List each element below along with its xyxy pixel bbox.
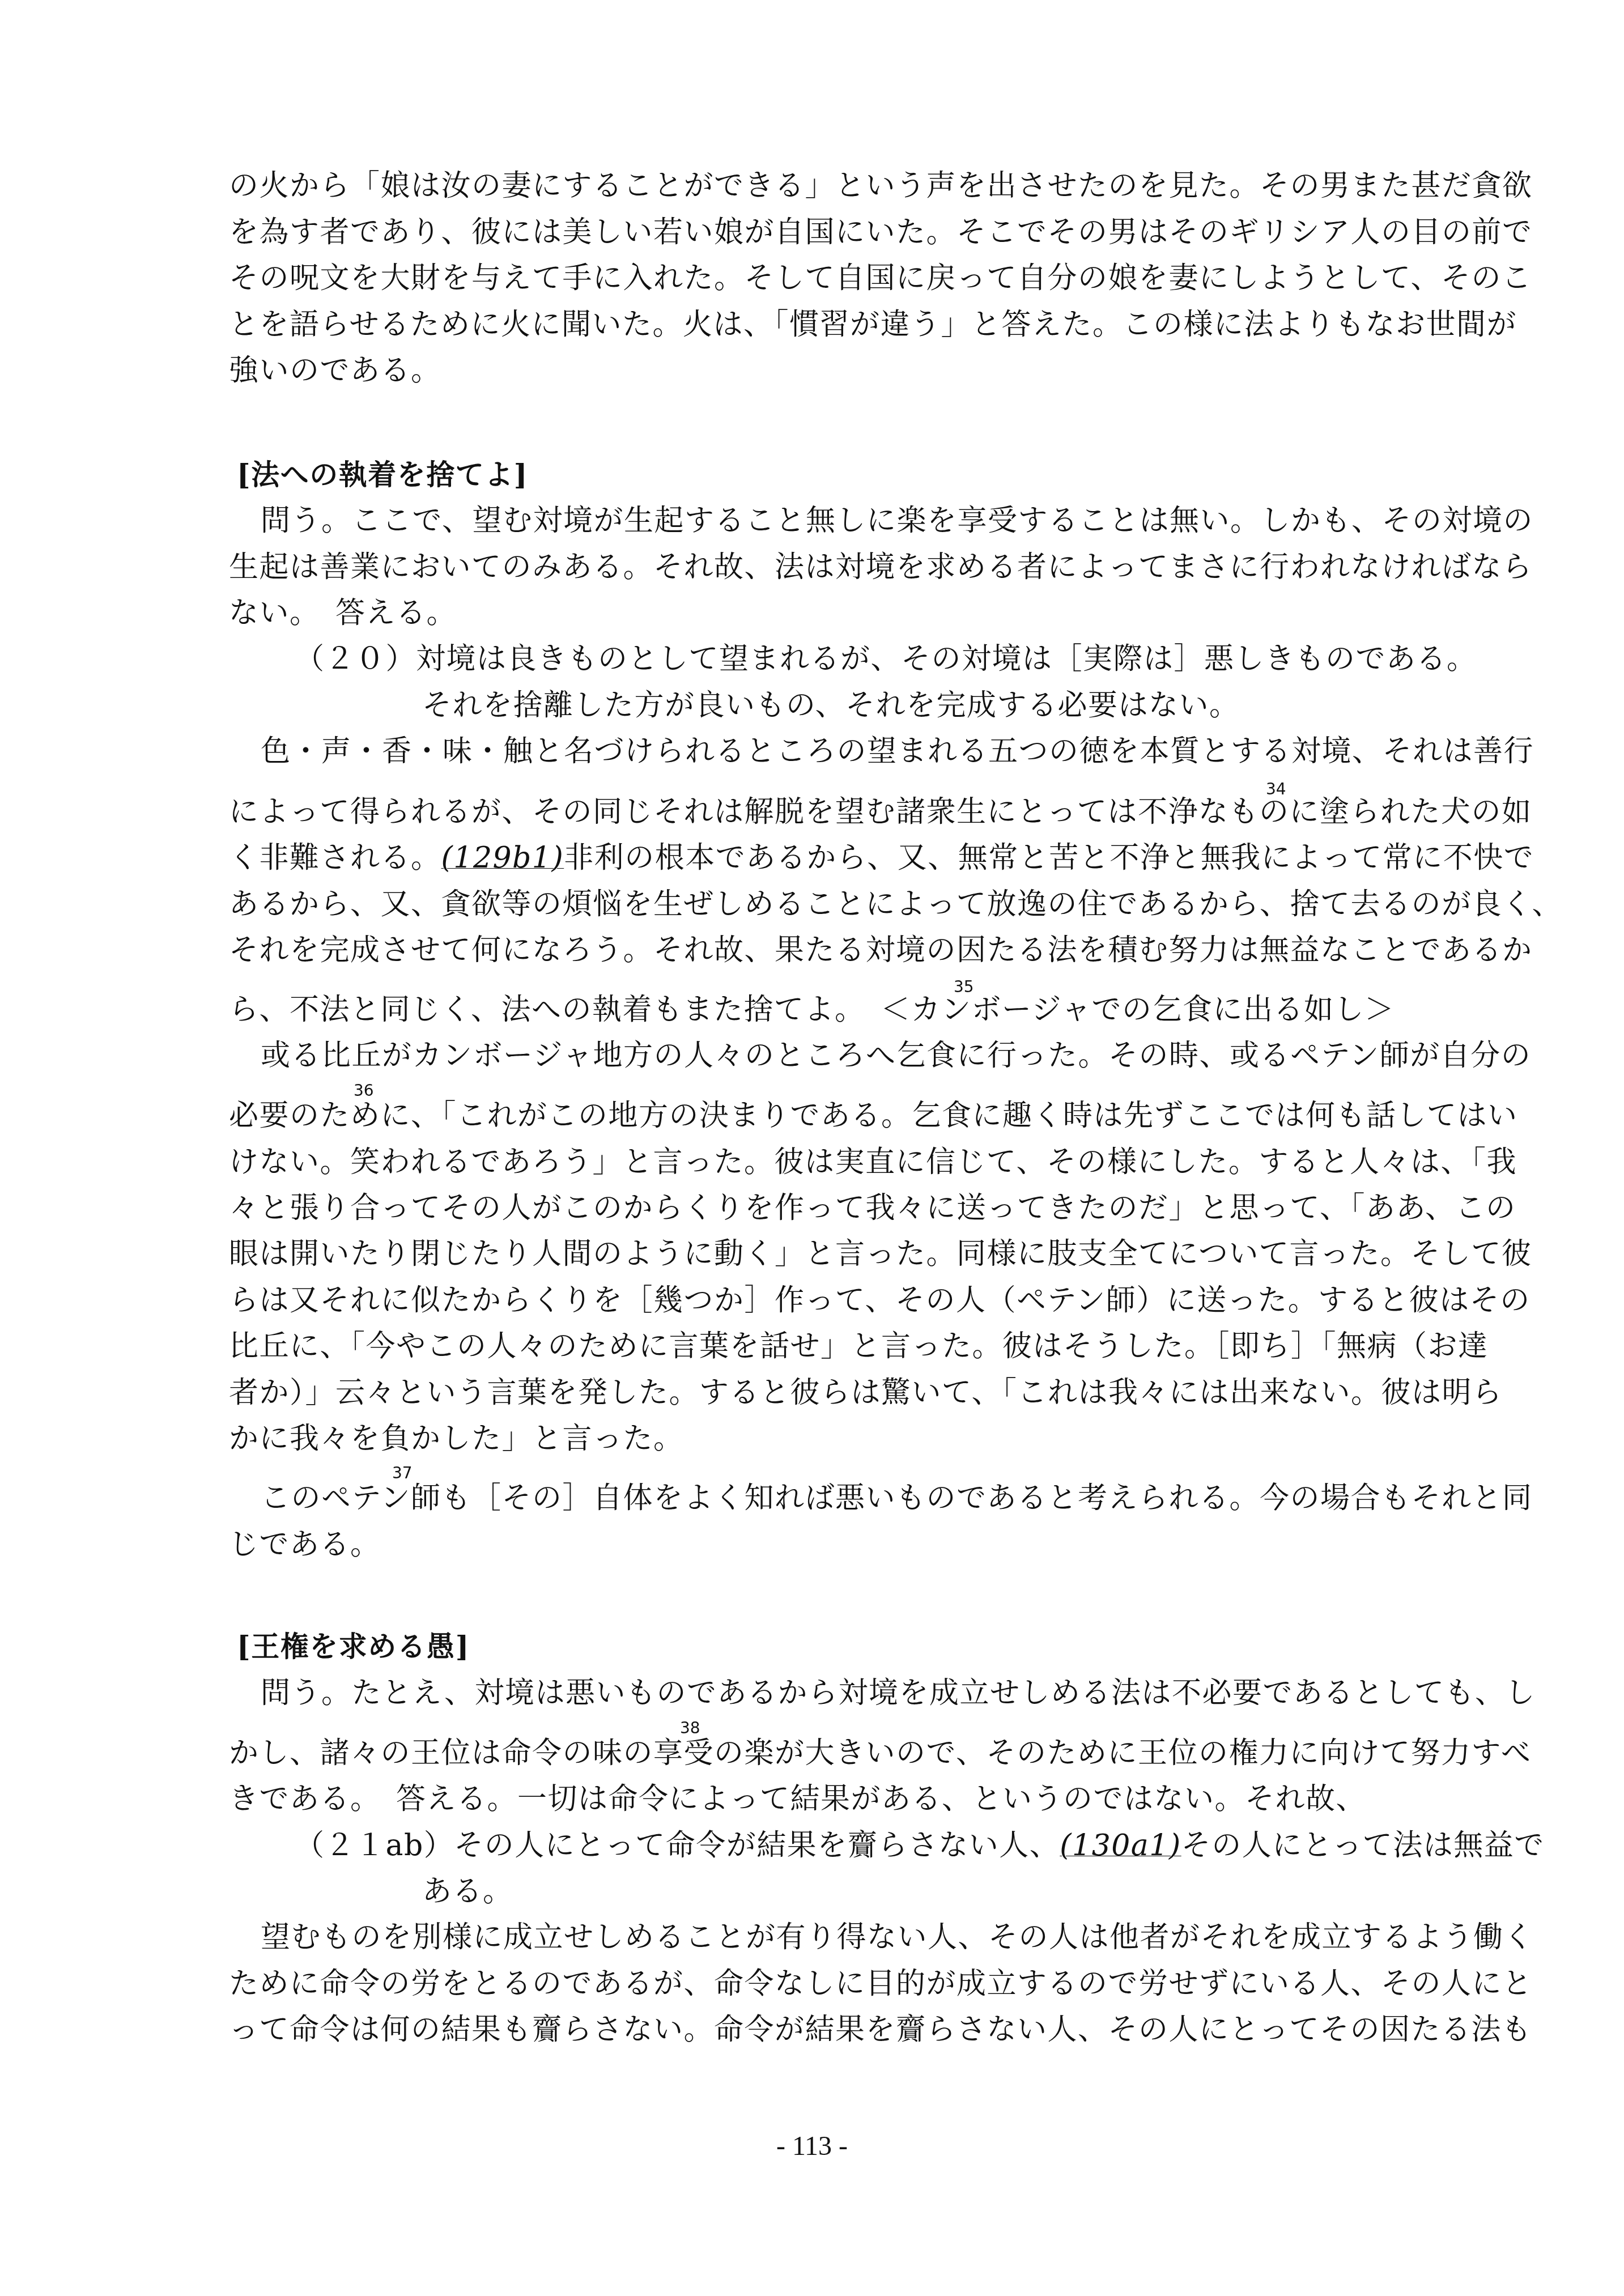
question-line: きである。 答える。一切は命令によって結果がある、というのではない。それ故、: [229, 1782, 1402, 1816]
commentary-text: く非難される。: [229, 841, 441, 875]
commentary-text: 非利の根本であるから、又、無常と苦と不浄と無我によって常に不快で: [564, 841, 1534, 875]
citation-reference: (130a1): [1060, 1829, 1181, 1863]
page-number: - 113 -: [0, 2131, 1624, 2162]
commentary-line: あるから、又、貪欲等の煩悩を生ぜしめることによって放逸の住であるから、捨て去るの…: [229, 887, 1402, 921]
story-line: 々と張り合ってその人がこのからくりを作って我々に送ってきたのだ」と思って、「ああ…: [229, 1191, 1402, 1225]
text-line: とを語らせるために火に聞いた。火は、「慣習が違う」と答えた。この様に法よりもなお…: [229, 308, 1402, 342]
question-line: ない。 答える。: [229, 596, 1402, 630]
conclusion-line: じである。: [229, 1528, 1402, 1562]
story-line: 比丘に、「今やこの人々のために言葉を話せ」と言った。彼はそうした。［即ち］「無病…: [229, 1329, 1402, 1363]
commentary-line: それを完成させて何になろう。それ故、果たる対境の因たる法を積む努力は無益なことで…: [229, 933, 1402, 967]
footnote-marker: 37: [392, 1465, 413, 1482]
commentary-line: ら、不法と同じく、法への執着もまた捨てよ。 ＜カンボージャでの乞食に出る如し＞: [229, 993, 1402, 1027]
story-line: 或る比丘がカンボージャ地方の人々のところへ乞食に行った。その時、或るペテン師が自…: [261, 1039, 1434, 1073]
conclusion-line: このペテン師も［その］自体をよく知れば悪いものであると考えられる。今の場合もそれ…: [261, 1481, 1434, 1515]
document-page: の火から「娘は汝の妻にすることができる」という声を出させたのを見た。その男また甚…: [0, 0, 1624, 2296]
question-line: 問う。たとえ、対境は悪いものであるから対境を成立せしめる法は不必要であるとしても…: [261, 1676, 1434, 1710]
commentary-line: 色・声・香・味・触と名づけられるところの望まれる五つの徳を本質とする対境、それは…: [261, 734, 1434, 768]
text-line: その呪文を大財を与えて手に入れた。そして自国に戻って自分の娘を妻にしようとして、…: [229, 261, 1402, 295]
question-line: 問う。ここで、望む対境が生起すること無しに楽を享受することは無い。しかも、その対…: [261, 504, 1434, 538]
text-line: を為す者であり、彼には美しい若い娘が自国にいた。そこでその男はそのギリシア人の目…: [229, 215, 1402, 249]
story-line: けない。笑われるであろう」と言った。彼は実直に信じて、その様にした。すると人々は…: [229, 1145, 1402, 1179]
text-line: 強いのである。: [229, 354, 1402, 388]
story-line: らは又それに似たからくりを［幾つか］作って、その人（ペテン師）に送った。すると彼…: [229, 1283, 1402, 1317]
verse-text: （２１ab）その人にとって命令が結果を齎らさない人、: [295, 1829, 1060, 1863]
verse-line: （２１ab）その人にとって命令が結果を齎らさない人、(130a1)その人にとって…: [295, 1829, 1468, 1863]
commentary-line: ために命令の労をとるのであるが、命令なしに目的が成立するので労せずにいる人、その…: [229, 1967, 1402, 2001]
section-heading: [王権を求める愚]: [237, 1630, 1410, 1664]
story-line: 必要のために、「これがこの地方の決まりである。乞食に趣く時は先ずここでは何も話し…: [229, 1099, 1402, 1133]
story-line: 者か）」云々という言葉を発した。すると彼らは驚いて、「これは我々には出来ない。彼…: [229, 1376, 1402, 1410]
footnote-marker: 36: [354, 1082, 374, 1099]
commentary-line: って命令は何の結果も齎らさない。命令が結果を齎らさない人、その人にとってその因た…: [229, 2013, 1402, 2047]
commentary-line: く非難される。(129b1)非利の根本であるから、又、無常と苦と不浄と無我によっ…: [229, 841, 1402, 875]
story-line: 眼は開いたり閉じたり人間のように動く」と言った。同様に肢支全てについて言った。そ…: [229, 1237, 1402, 1271]
verse-line: ある。: [422, 1874, 1595, 1908]
commentary-line: 望むものを別様に成立せしめることが有り得ない人、その人は他者がそれを成立するよう…: [261, 1920, 1434, 1954]
question-line: かし、諸々の王位は命令の味の享受の楽が大きいので、そのために王位の権力に向けて努…: [229, 1736, 1402, 1770]
commentary-line: によって得られるが、その同じそれは解脱を望む諸衆生にとっては不浄なものに塗られた…: [229, 795, 1402, 829]
verse-line: それを捨離した方が良いもの、それを完成する必要はない。: [422, 688, 1595, 722]
citation-reference: (129b1): [441, 841, 564, 875]
question-line: 生起は善業においてのみある。それ故、法は対境を求める者によってまさに行われなけれ…: [229, 550, 1402, 584]
verse-text: その人にとって法は無益で: [1181, 1829, 1545, 1863]
footnote-marker: 38: [680, 1720, 700, 1737]
text-line: の火から「娘は汝の妻にすることができる」という声を出させたのを見た。その男また甚…: [229, 169, 1402, 203]
verse-line: （２０）対境は良きものとして望まれるが、その対境は［実際は］悪しきものである。: [295, 642, 1468, 676]
section-heading: [法への執着を捨てよ]: [237, 458, 1410, 492]
story-line: かに我々を負かした」と言った。: [229, 1422, 1402, 1456]
